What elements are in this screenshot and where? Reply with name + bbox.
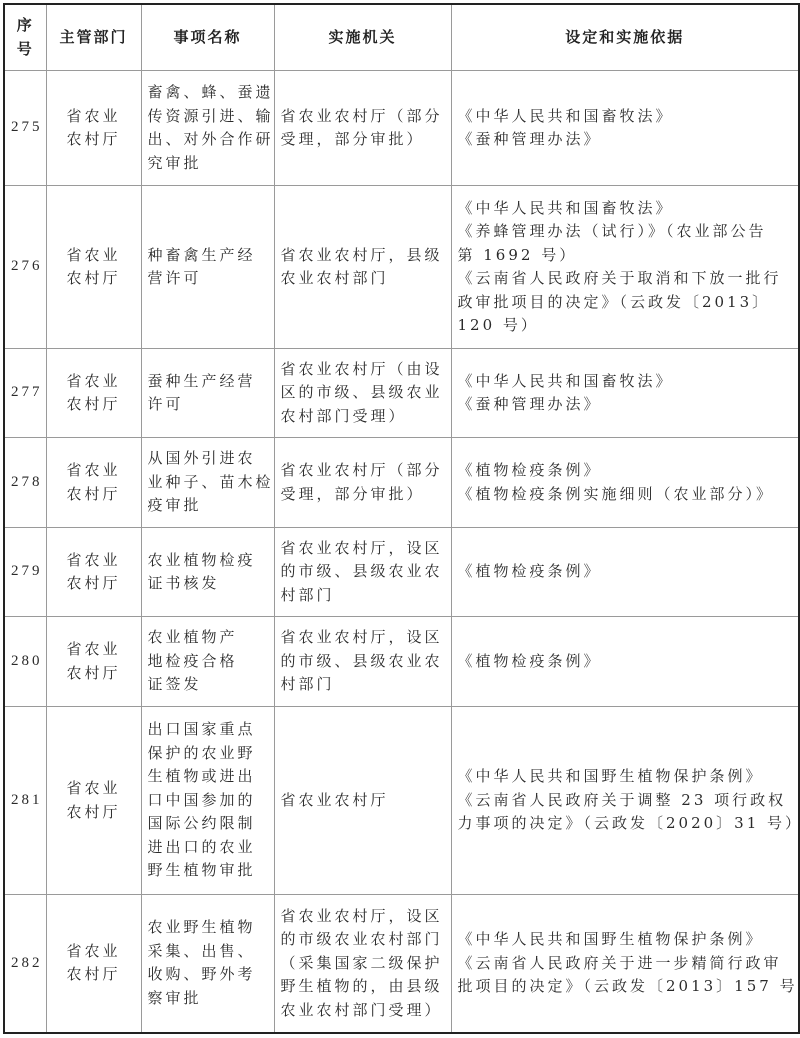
cell-item-name-line: 野生植物审批 — [148, 859, 268, 883]
cell-legal-basis-line: 《中华人民共和国野生植物保护条例》 — [458, 928, 793, 952]
cell-department: 省农业农村厅 — [46, 349, 141, 438]
cell-item-name: 种畜禽生产经营许可 — [141, 186, 274, 349]
cell-legal-basis-line: 第 1692 号） — [458, 244, 793, 268]
cell-legal-basis: 《中华人民共和国野生植物保护条例》《云南省人民政府关于进一步精简行政审批项目的决… — [451, 895, 799, 1033]
cell-item-name-line: 畜禽、蜂、蚕遗 — [148, 81, 268, 105]
cell-serial-number: 281 — [4, 707, 46, 895]
cell-item-name-line: 出、对外合作研 — [148, 128, 268, 152]
cell-implementing-agency-line: 受理，部分审批） — [281, 483, 445, 507]
cell-legal-basis-line: 《中华人民共和国畜牧法》 — [458, 197, 793, 221]
table-body: 275省农业农村厅畜禽、蜂、蚕遗传资源引进、输出、对外合作研究审批省农业农村厅（… — [4, 71, 799, 1033]
cell-implementing-agency: 省农业农村厅，县级农业农村部门 — [274, 186, 451, 349]
cell-legal-basis-line: 《中华人民共和国畜牧法》 — [458, 105, 793, 129]
cell-legal-basis: 《植物检疫条例》 — [451, 528, 799, 617]
cell-item-name: 从国外引进农业种子、苗木检疫审批 — [141, 438, 274, 528]
cell-legal-basis-line: 《养蜂管理办法（试行）》（农业部公告 — [458, 220, 793, 244]
table-row: 281省农业农村厅出口国家重点保护的农业野生植物或进出口中国参加的国际公约限制进… — [4, 707, 799, 895]
cell-legal-basis-line: 《蚕种管理办法》 — [458, 393, 793, 417]
cell-department: 省农业农村厅 — [46, 528, 141, 617]
cell-serial-number: 282 — [4, 895, 46, 1033]
cell-implementing-agency-line: 农业农村部门受理） — [281, 999, 445, 1023]
cell-implementing-agency: 省农业农村厅 — [274, 707, 451, 895]
cell-item-name-line: 采集、出售、 — [148, 940, 268, 964]
cell-implementing-agency-line: 的市级、县级农业农 — [281, 650, 445, 674]
cell-implementing-agency-line: 的市级、县级农业农 — [281, 560, 445, 584]
cell-legal-basis-line: 120 号） — [458, 314, 793, 338]
cell-legal-basis: 《中华人民共和国畜牧法》《养蜂管理办法（试行）》（农业部公告第 1692 号）《… — [451, 186, 799, 349]
cell-implementing-agency-line: 的市级农业农村部门 — [281, 928, 445, 952]
cell-implementing-agency-line: 村部门 — [281, 673, 445, 697]
cell-item-name-line: 察审批 — [148, 987, 268, 1011]
cell-implementing-agency: 省农业农村厅（部分受理，部分审批） — [274, 438, 451, 528]
cell-item-name-line: 进出口的农业 — [148, 836, 268, 860]
cell-implementing-agency-line: 农业农村部门 — [281, 267, 445, 291]
cell-department: 省农业农村厅 — [46, 707, 141, 895]
cell-implementing-agency-line: （采集国家二级保护 — [281, 952, 445, 976]
cell-department-line: 省农业 — [53, 370, 135, 394]
cell-department-line: 农村厅 — [53, 128, 135, 152]
table-row: 276省农业农村厅种畜禽生产经营许可省农业农村厅，县级农业农村部门《中华人民共和… — [4, 186, 799, 349]
cell-item-name-line: 蚕种生产经营 — [148, 370, 268, 394]
cell-department-line: 农村厅 — [53, 801, 135, 825]
cell-serial-number: 279 — [4, 528, 46, 617]
cell-implementing-agency: 省农业农村厅，设区的市级、县级农业农村部门 — [274, 617, 451, 707]
header-item-name: 事项名称 — [141, 4, 274, 71]
cell-item-name-line: 收购、野外考 — [148, 963, 268, 987]
cell-implementing-agency-line: 省农业农村厅（部分 — [281, 459, 445, 483]
cell-serial-number: 278 — [4, 438, 46, 528]
cell-department-line: 省农业 — [53, 459, 135, 483]
cell-department-line: 农村厅 — [53, 267, 135, 291]
cell-item-name-line: 疫审批 — [148, 494, 268, 518]
cell-implementing-agency-line: 村部门 — [281, 584, 445, 608]
cell-item-name-line: 种畜禽生产经 — [148, 244, 268, 268]
cell-item-name-line: 许可 — [148, 393, 268, 417]
cell-legal-basis: 《植物检疫条例》《植物检疫条例实施细则（农业部分）》 — [451, 438, 799, 528]
cell-implementing-agency: 省农业农村厅（部分受理，部分审批） — [274, 71, 451, 186]
cell-department: 省农业农村厅 — [46, 186, 141, 349]
cell-legal-basis: 《植物检疫条例》 — [451, 617, 799, 707]
cell-item-name-line: 保护的农业野 — [148, 742, 268, 766]
cell-legal-basis-line: 力事项的决定》（云政发〔2020〕31 号） — [458, 812, 793, 836]
cell-legal-basis-line: 《云南省人民政府关于进一步精简行政审 — [458, 952, 793, 976]
cell-legal-basis: 《中华人民共和国畜牧法》《蚕种管理办法》 — [451, 71, 799, 186]
header-implementing-agency: 实施机关 — [274, 4, 451, 71]
cell-serial-number: 276 — [4, 186, 46, 349]
cell-item-name-line: 地检疫合格 — [148, 650, 268, 674]
header-serial-number: 序 号 — [4, 4, 46, 71]
cell-item-name-line: 出口国家重点 — [148, 718, 268, 742]
table-row: 277省农业农村厅蚕种生产经营许可省农业农村厅（由设区的市级、县级农业农村部门受… — [4, 349, 799, 438]
cell-implementing-agency-line: 省农业农村厅，设区 — [281, 537, 445, 561]
cell-item-name: 农业植物产地检疫合格证签发 — [141, 617, 274, 707]
cell-item-name-line: 口中国参加的 — [148, 789, 268, 813]
cell-implementing-agency-line: 省农业农村厅，设区 — [281, 905, 445, 929]
cell-implementing-agency-line: 野生植物的，由县级 — [281, 975, 445, 999]
cell-implementing-agency: 省农业农村厅，设区的市级农业农村部门（采集国家二级保护野生植物的，由县级农业农村… — [274, 895, 451, 1033]
table-row: 282省农业农村厅农业野生植物采集、出售、收购、野外考察审批省农业农村厅，设区的… — [4, 895, 799, 1033]
table-row: 280省农业农村厅农业植物产地检疫合格证签发省农业农村厅，设区的市级、县级农业农… — [4, 617, 799, 707]
cell-item-name-line: 生植物或进出 — [148, 765, 268, 789]
cell-item-name: 出口国家重点保护的农业野生植物或进出口中国参加的国际公约限制进出口的农业野生植物… — [141, 707, 274, 895]
cell-item-name: 蚕种生产经营许可 — [141, 349, 274, 438]
cell-item-name-line: 农业野生植物 — [148, 916, 268, 940]
table-row: 275省农业农村厅畜禽、蜂、蚕遗传资源引进、输出、对外合作研究审批省农业农村厅（… — [4, 71, 799, 186]
cell-implementing-agency-line: 受理，部分审批） — [281, 128, 445, 152]
cell-serial-number: 280 — [4, 617, 46, 707]
cell-item-name-line: 农业植物产 — [148, 626, 268, 650]
cell-department-line: 省农业 — [53, 244, 135, 268]
cell-item-name-line: 传资源引进、输 — [148, 105, 268, 129]
cell-department-line: 农村厅 — [53, 572, 135, 596]
cell-implementing-agency-line: 省农业农村厅 — [281, 789, 445, 813]
cell-department-line: 省农业 — [53, 549, 135, 573]
cell-item-name-line: 证书核发 — [148, 572, 268, 596]
cell-item-name-line: 从国外引进农 — [148, 447, 268, 471]
header-department: 主管部门 — [46, 4, 141, 71]
cell-legal-basis-line: 批项目的决定》（云政发〔2013〕157 号） — [458, 975, 793, 999]
cell-department-line: 农村厅 — [53, 393, 135, 417]
cell-department-line: 省农业 — [53, 940, 135, 964]
cell-item-name-line: 证签发 — [148, 673, 268, 697]
cell-department-line: 省农业 — [53, 777, 135, 801]
cell-legal-basis-line: 《云南省人民政府关于取消和下放一批行 — [458, 267, 793, 291]
cell-legal-basis-line: 《植物检疫条例》 — [458, 459, 793, 483]
cell-implementing-agency-line: 农村部门受理） — [281, 405, 445, 429]
cell-legal-basis-line: 《植物检疫条例实施细则（农业部分）》 — [458, 483, 793, 507]
table-row: 279省农业农村厅农业植物检疫证书核发省农业农村厅，设区的市级、县级农业农村部门… — [4, 528, 799, 617]
cell-legal-basis-line: 《植物检疫条例》 — [458, 650, 793, 674]
cell-implementing-agency: 省农业农村厅（由设区的市级、县级农业农村部门受理） — [274, 349, 451, 438]
cell-implementing-agency-line: 省农业农村厅（部分 — [281, 105, 445, 129]
cell-department-line: 农村厅 — [53, 483, 135, 507]
cell-item-name: 畜禽、蜂、蚕遗传资源引进、输出、对外合作研究审批 — [141, 71, 274, 186]
table-header-row: 序 号 主管部门 事项名称 实施机关 设定和实施依据 — [4, 4, 799, 71]
cell-department-line: 农村厅 — [53, 662, 135, 686]
cell-legal-basis-line: 《植物检疫条例》 — [458, 560, 793, 584]
cell-item-name: 农业植物检疫证书核发 — [141, 528, 274, 617]
cell-legal-basis-line: 《中华人民共和国野生植物保护条例》 — [458, 765, 793, 789]
header-legal-basis: 设定和实施依据 — [451, 4, 799, 71]
cell-legal-basis: 《中华人民共和国野生植物保护条例》《云南省人民政府关于调整 23 项行政权力事项… — [451, 707, 799, 895]
cell-item-name-line: 农业植物检疫 — [148, 549, 268, 573]
cell-legal-basis: 《中华人民共和国畜牧法》《蚕种管理办法》 — [451, 349, 799, 438]
cell-serial-number: 275 — [4, 71, 46, 186]
cell-item-name-line: 究审批 — [148, 152, 268, 176]
cell-item-name-line: 业种子、苗木检 — [148, 471, 268, 495]
cell-department: 省农业农村厅 — [46, 71, 141, 186]
cell-serial-number: 277 — [4, 349, 46, 438]
cell-implementing-agency-line: 省农业农村厅，县级 — [281, 244, 445, 268]
cell-item-name-line: 营许可 — [148, 267, 268, 291]
cell-implementing-agency-line: 区的市级、县级农业 — [281, 381, 445, 405]
cell-department: 省农业农村厅 — [46, 617, 141, 707]
cell-legal-basis-line: 《云南省人民政府关于调整 23 项行政权 — [458, 789, 793, 813]
cell-legal-basis-line: 《蚕种管理办法》 — [458, 128, 793, 152]
cell-department-line: 省农业 — [53, 105, 135, 129]
cell-implementing-agency-line: 省农业农村厅，设区 — [281, 626, 445, 650]
cell-item-name-line: 国际公约限制 — [148, 812, 268, 836]
cell-department: 省农业农村厅 — [46, 895, 141, 1033]
cell-item-name: 农业野生植物采集、出售、收购、野外考察审批 — [141, 895, 274, 1033]
cell-department: 省农业农村厅 — [46, 438, 141, 528]
table-row: 278省农业农村厅从国外引进农业种子、苗木检疫审批省农业农村厅（部分受理，部分审… — [4, 438, 799, 528]
approval-items-table: 序 号 主管部门 事项名称 实施机关 设定和实施依据 275省农业农村厅畜禽、蜂… — [3, 3, 800, 1034]
cell-implementing-agency: 省农业农村厅，设区的市级、县级农业农村部门 — [274, 528, 451, 617]
cell-department-line: 农村厅 — [53, 963, 135, 987]
cell-implementing-agency-line: 省农业农村厅（由设 — [281, 358, 445, 382]
cell-department-line: 省农业 — [53, 638, 135, 662]
cell-legal-basis-line: 《中华人民共和国畜牧法》 — [458, 370, 793, 394]
cell-legal-basis-line: 政审批项目的决定》（云政发〔2013〕 — [458, 291, 793, 315]
